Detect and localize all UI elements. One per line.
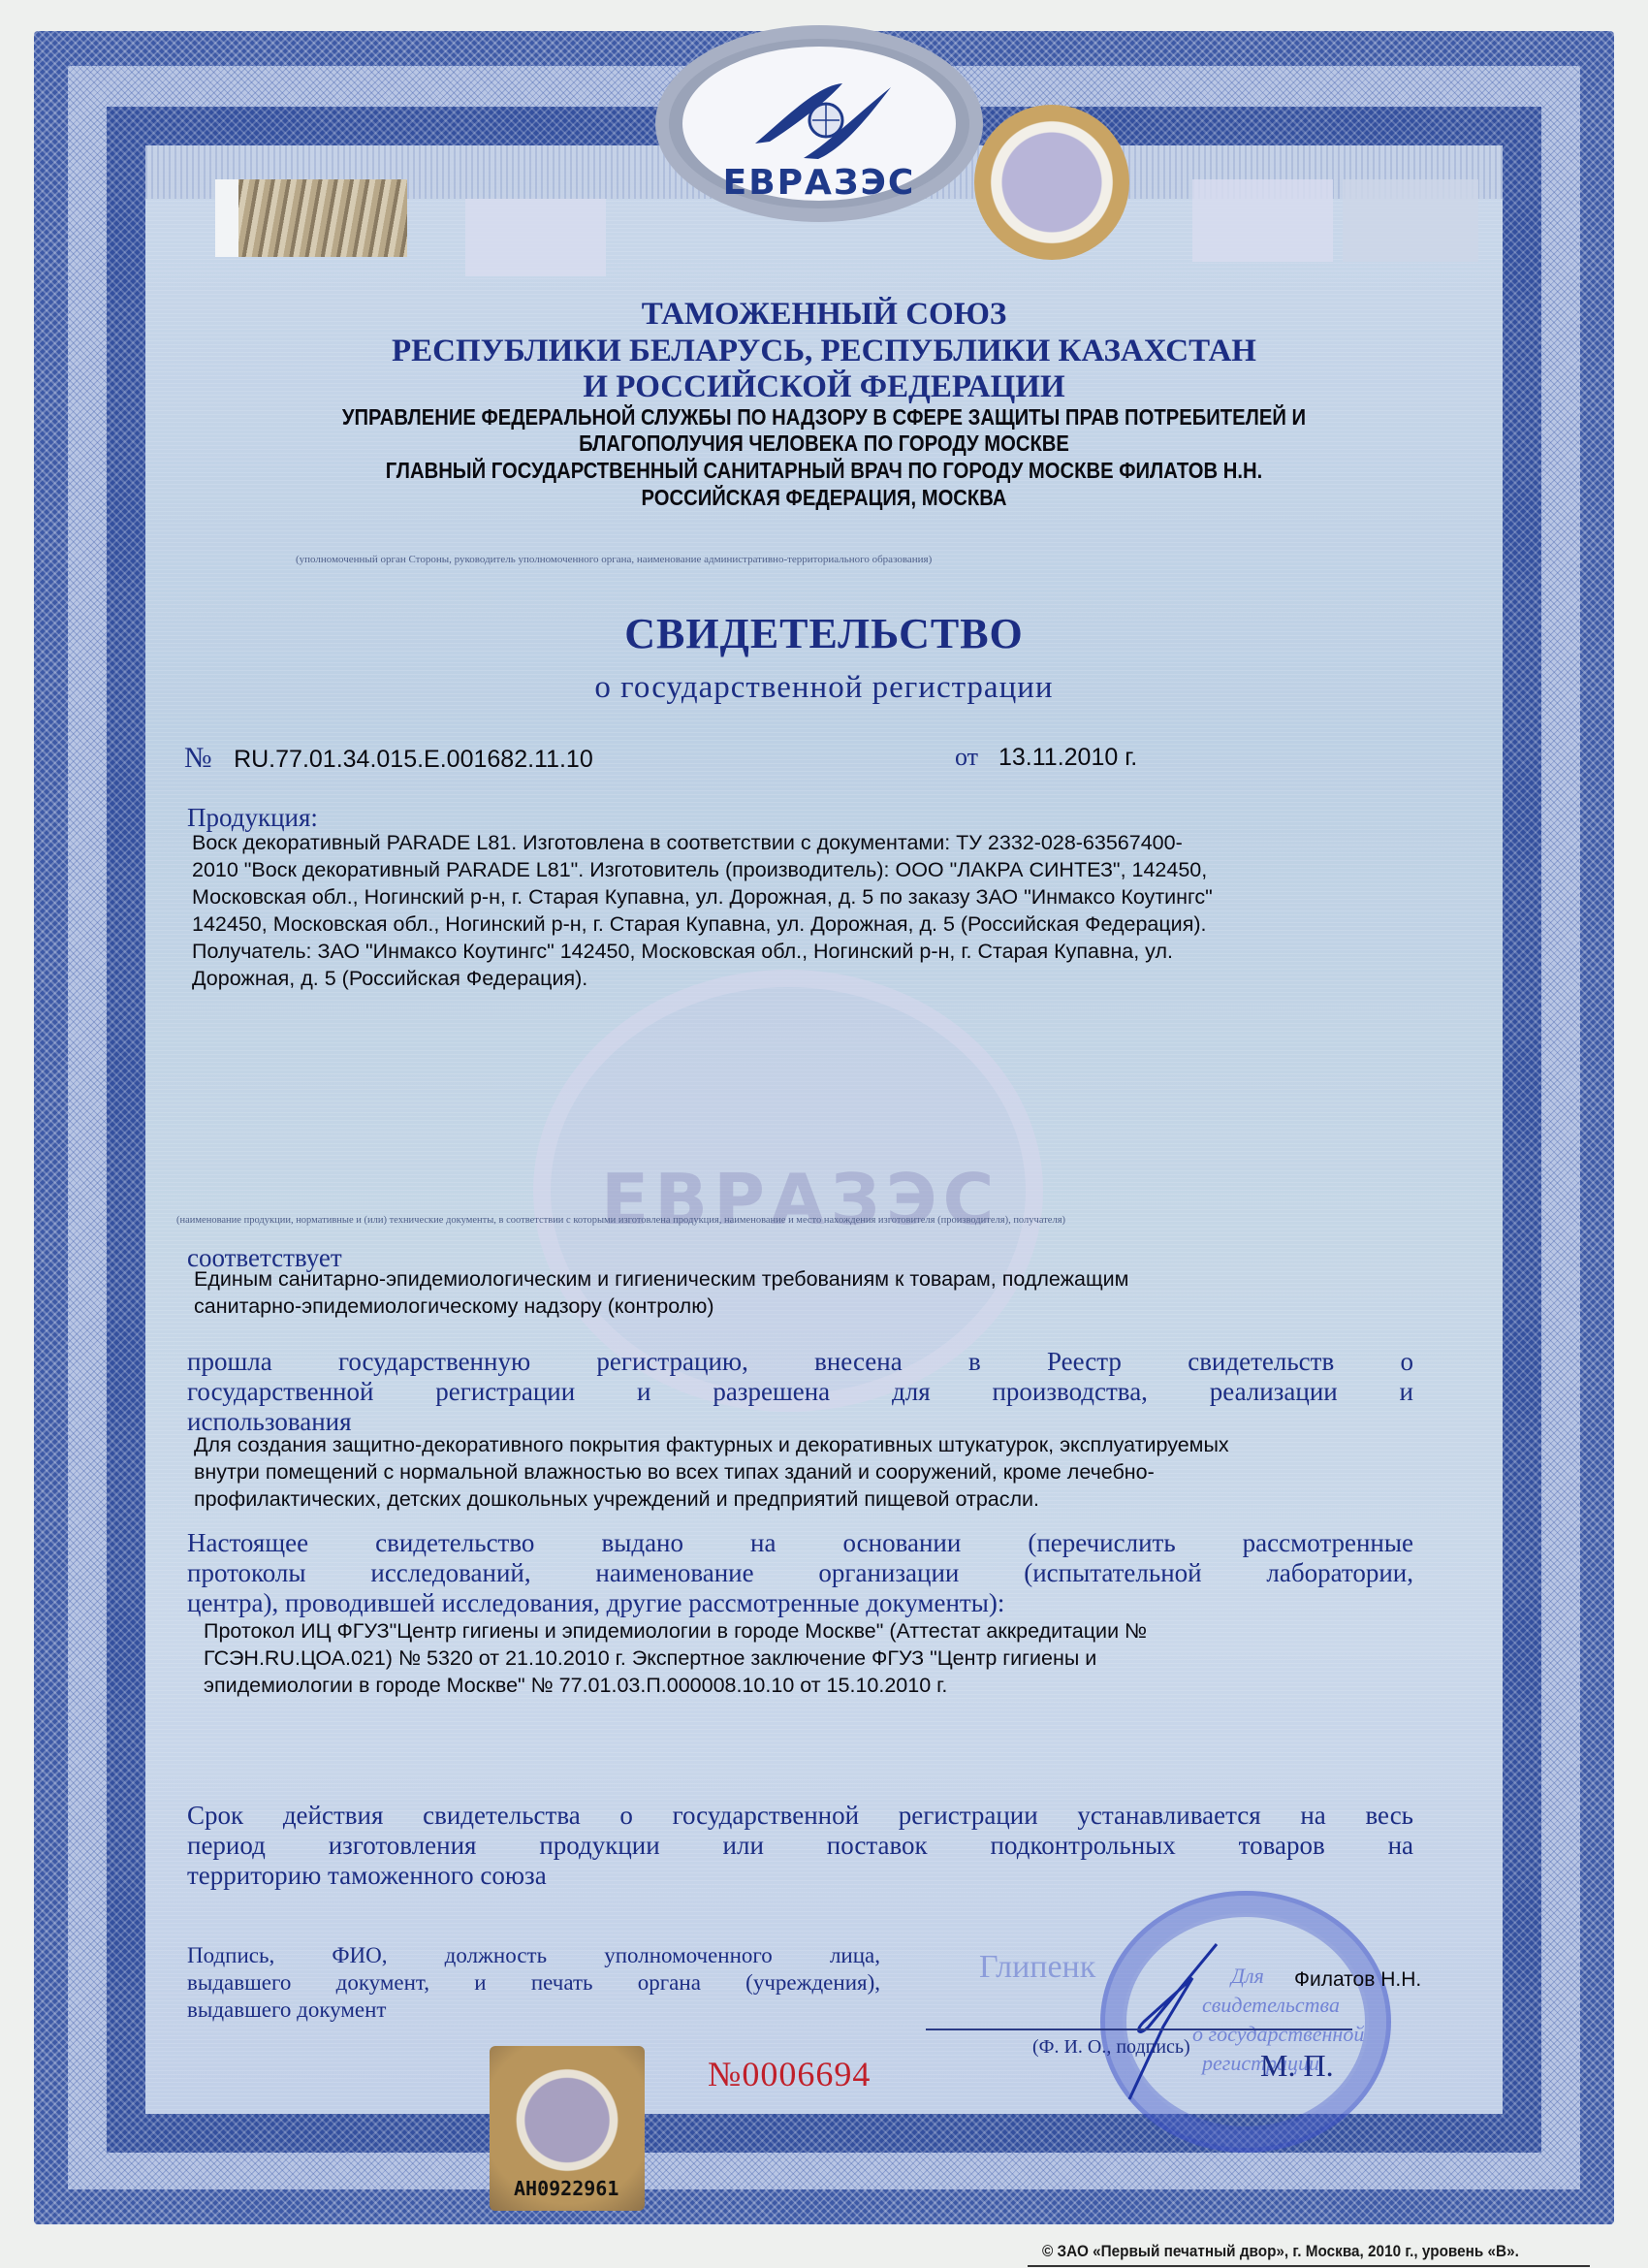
basis-label-line: центра), проводившей исследования, други… xyxy=(187,1588,1413,1618)
signature-line xyxy=(926,2028,1352,2030)
usage-scope: Для создания защитно-декоративного покры… xyxy=(194,1431,1444,1513)
basis-label-line: Настоящее свидетельство выдано на основа… xyxy=(187,1528,1413,1558)
faint-stamped-name: Глипенк xyxy=(979,1949,1095,1986)
date-label: от xyxy=(955,743,978,772)
usage-line: внутри помещений с нормальной влажностью… xyxy=(194,1458,1444,1485)
signature-label-line: выдавшего документ xyxy=(187,1996,880,2024)
product-line: 142450, Московская обл., Ногинский р-н, … xyxy=(192,910,1442,938)
hologram-strip xyxy=(218,179,407,257)
evrazes-watermark-text: ЕВРАЗЭС xyxy=(601,1159,999,1240)
basis-line: ГСЭН.RU.ЦОА.021) № 5320 от 21.10.2010 г.… xyxy=(204,1645,1435,1672)
validity-line: период изготовления продукции или постав… xyxy=(187,1831,1413,1861)
validity-statement: Срок действия свидетельства о государств… xyxy=(187,1801,1413,1891)
basis-line: Протокол ИЦ ФГУЗ"Центр гигиены и эпидеми… xyxy=(204,1617,1435,1645)
authority-line-1: УПРАВЛЕНИЕ ФЕДЕРАЛЬНОЙ СЛУЖБЫ ПО НАДЗОРУ… xyxy=(99,403,1549,431)
product-line: Получатель: ЗАО "Инмаксо Коутингс" 14245… xyxy=(192,938,1442,965)
basis-label-line: протоколы исследований, наименование орг… xyxy=(187,1558,1413,1588)
basis-statement: Настоящее свидетельство выдано на основа… xyxy=(187,1528,1413,1618)
number-sign: № xyxy=(184,742,212,774)
round-hologram-sticker xyxy=(974,105,1129,260)
basis-line: эпидемиологии в городе Москве" № 77.01.0… xyxy=(204,1672,1435,1699)
registration-number: № RU.77.01.34.015.Е.001682.11.10 xyxy=(184,742,593,775)
usage-line: профилактических, детских дошкольных учр… xyxy=(194,1485,1444,1513)
validity-line: Срок действия свидетельства о государств… xyxy=(187,1801,1413,1831)
evrazes-emblem-icon xyxy=(750,76,896,163)
seal-place-mark: М. П. xyxy=(1260,2048,1334,2084)
hologram-serial: АН0922961 xyxy=(514,2177,618,2200)
signer-name: Филатов Н.Н. xyxy=(1294,1968,1421,1992)
imprint-rule xyxy=(1028,2265,1590,2267)
printer-imprint: © ЗАО «Первый печатный двор», г. Москва,… xyxy=(1042,2242,1519,2261)
union-title-line-1: ТАМОЖЕННЫЙ СОЮЗ xyxy=(0,296,1648,333)
blank-security-field-left xyxy=(465,199,606,276)
union-title-line-3: И РОССИЙСКОЙ ФЕДЕРАЦИИ xyxy=(0,368,1648,405)
authority-line-4: РОССИЙСКАЯ ФЕДЕРАЦИЯ, МОСКВА xyxy=(99,484,1549,511)
union-title-line-2: РЕСПУБЛИКИ БЕЛАРУСЬ, РЕСПУБЛИКИ КАЗАХСТА… xyxy=(0,333,1648,369)
registration-number-value: RU.77.01.34.015.Е.001682.11.10 xyxy=(234,746,593,773)
stamp-text: Для xyxy=(1231,1964,1264,1989)
registration-statement: прошла государственную регистрацию, внес… xyxy=(187,1347,1413,1437)
handwritten-signature-icon xyxy=(1125,1939,1231,2104)
product-line: Московская обл., Ногинский р-н, г. Стара… xyxy=(192,883,1442,910)
document-title: СВИДЕТЕЛЬСТВО xyxy=(0,609,1648,658)
evrazes-logo-text: ЕВРАЗЭС xyxy=(682,163,956,203)
authority-line-2: БЛАГОПОЛУЧИЯ ЧЕЛОВЕКА ПО ГОРОДУ МОСКВЕ xyxy=(99,430,1549,457)
product-caption: (наименование продукции, нормативные и (… xyxy=(176,1215,1065,1226)
signature-label-line: выдавшего документ, и печать органа (учр… xyxy=(187,1969,880,1996)
compliance-line: санитарно-эпидемиологическому надзору (к… xyxy=(194,1293,1435,1320)
compliance-text: Единым санитарно-эпидемиологическим и ги… xyxy=(194,1265,1435,1320)
basis-documents: Протокол ИЦ ФГУЗ"Центр гигиены и эпидеми… xyxy=(204,1617,1435,1699)
product-description: Воск декоративный PARADE L81. Изготовлен… xyxy=(192,829,1442,992)
validity-line: территорию таможенного союза xyxy=(187,1861,1413,1891)
product-line: Воск декоративный PARADE L81. Изготовлен… xyxy=(192,829,1442,856)
registration-line: государственной регистрации и разрешена … xyxy=(187,1377,1413,1407)
blank-security-field-center xyxy=(1192,179,1333,262)
blank-security-field-right xyxy=(1343,179,1478,262)
form-serial-number: №0006694 xyxy=(708,2054,871,2094)
evrazes-logo-medallion: ЕВРАЗЭС xyxy=(669,39,969,208)
registration-date: 13.11.2010 г. xyxy=(998,744,1137,772)
compliance-line: Единым санитарно-эпидемиологическим и ги… xyxy=(194,1265,1435,1293)
signature-label-line: Подпись, ФИО, должность уполномоченного … xyxy=(187,1942,880,1969)
registration-line: прошла государственную регистрацию, внес… xyxy=(187,1347,1413,1377)
signature-label: Подпись, ФИО, должность уполномоченного … xyxy=(187,1942,880,2024)
product-line: 2010 "Воск декоративный PARADE L81". Изг… xyxy=(192,856,1442,883)
document-subtitle: о государственной регистрации xyxy=(0,670,1648,706)
authority-line-3: ГЛАВНЫЙ ГОСУДАРСТВЕННЫЙ САНИТАРНЫЙ ВРАЧ … xyxy=(99,457,1549,484)
product-line: Дорожная, д. 5 (Российская Федерация). xyxy=(192,965,1442,992)
authority-caption: (уполномоченный орган Стороны, руководит… xyxy=(296,554,932,565)
signature-line-caption: (Ф. И. О., подпись) xyxy=(1032,2036,1190,2059)
usage-line: Для создания защитно-декоративного покры… xyxy=(194,1431,1444,1458)
